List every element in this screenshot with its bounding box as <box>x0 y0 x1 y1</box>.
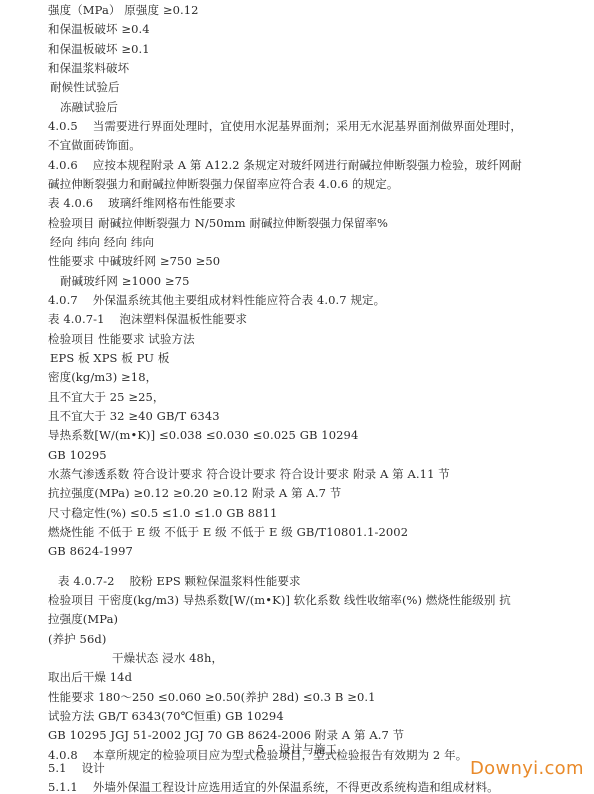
text-line: 试验方法 GB/T 6343(70℃恒重) GB 10294 <box>48 709 284 723</box>
text-line: 且不宜大于 25 ≥25， <box>48 390 165 404</box>
text-line: 抗拉强度(MPa) ≥0.12 ≥0.20 ≥0.12 附录 A 第 A.7 节 <box>48 486 341 500</box>
text-line: GB 10295 <box>48 448 107 462</box>
text-line: 水蒸气渗透系数 符合设计要求 符合设计要求 符合设计要求 附录 A 第 A.11… <box>48 467 450 481</box>
text-line: EPS 板 XPS 板 PU 板 <box>50 351 169 365</box>
text-line: 4.0.5 当需要进行界面处理时，宜使用水泥基界面剂；采用无水泥基界面剂做界面处… <box>48 119 522 133</box>
text-line: 检验项目 干密度(kg/m3) 导热系数[W/(m•K)] 软化系数 线性收缩率… <box>48 593 511 607</box>
text-line: 表 4.0.7-2 胶粉 EPS 颗粒保温浆料性能要求 <box>58 574 301 588</box>
text-line: 导热系数[W/(m•K)] ≤0.038 ≤0.030 ≤0.025 GB 10… <box>48 428 358 442</box>
text-line: GB 8624-1997 <box>48 544 133 558</box>
text-line: 碱拉伸断裂强力和耐碱拉伸断裂强力保留率应符合表 4.0.6 的规定。 <box>48 177 398 191</box>
text-line: GB 10295 JGJ 51-2002 JGJ 70 GB 8624-2006… <box>48 728 404 742</box>
text-line: 不宜做面砖饰面。 <box>48 138 141 152</box>
text-line: (养护 56d) <box>48 632 106 646</box>
text-line: 和保温板破坏 ≥0.4 <box>48 22 150 36</box>
text-line: 取出后干燥 14d <box>48 670 132 684</box>
text-line: 经向 纬向 经向 纬向 <box>50 235 154 249</box>
text-line: 耐候性试验后 <box>50 80 120 94</box>
text-line: 尺寸稳定性(%) ≤0.5 ≤1.0 ≤1.0 GB 8811 <box>48 506 277 520</box>
text-line: 且不宜大于 32 ≥40 GB/T 6343 <box>48 409 220 423</box>
text-line: 密度(kg/m3) ≥18， <box>48 370 157 384</box>
section-heading-5-1: 5.1 设计 <box>48 761 105 775</box>
text-line: 和保温浆料破坏 <box>48 61 129 75</box>
text-line: 干燥状态 浸水 48h， <box>112 651 223 665</box>
chapter-heading: 5 设计与施工 <box>0 742 594 756</box>
text-line: 检验项目 耐碱拉伸断裂强力 N/50mm 耐碱拉伸断裂强力保留率% <box>48 216 388 230</box>
text-line: 拉强度(MPa) <box>48 612 118 626</box>
text-line: 4.0.6 应按本规程附录 A 第 A12.2 条规定对玻纤网进行耐碱拉伸断裂强… <box>48 158 522 172</box>
text-line: 检验项目 性能要求 试验方法 <box>48 332 195 346</box>
document-page: 强度（MPa） 原强度 ≥0.12和保温板破坏 ≥0.4和保温板破坏 ≥0.1和… <box>0 0 594 794</box>
text-line: 表 4.0.6 玻璃纤维网格布性能要求 <box>48 196 236 210</box>
clause-5-1-1: 5.1.1 外墙外保温工程设计应选用适宜的外保温系统，不得更改系统构造和组成材料… <box>48 780 499 794</box>
text-line: 冻融试验后 <box>60 100 118 114</box>
text-line: 耐碱玻纤网 ≥1000 ≥75 <box>60 274 189 288</box>
text-line: 表 4.0.7-1 泡沫塑料保温板性能要求 <box>48 312 247 326</box>
watermark-logo: Downyi.com <box>470 758 584 779</box>
text-line: 和保温板破坏 ≥0.1 <box>48 42 150 56</box>
text-line: 4.0.7 外保温系统其他主要组成材料性能应符合表 4.0.7 规定。 <box>48 293 385 307</box>
text-line: 燃烧性能 不低于 E 级 不低于 E 级 不低于 E 级 GB/T10801.1… <box>48 525 408 539</box>
text-line: 强度（MPa） 原强度 ≥0.12 <box>48 3 199 17</box>
text-line: 性能要求 180～250 ≤0.060 ≥0.50(养护 28d) ≤0.3 B… <box>48 690 376 704</box>
text-line: 性能要求 中碱玻纤网 ≥750 ≥50 <box>48 254 220 268</box>
